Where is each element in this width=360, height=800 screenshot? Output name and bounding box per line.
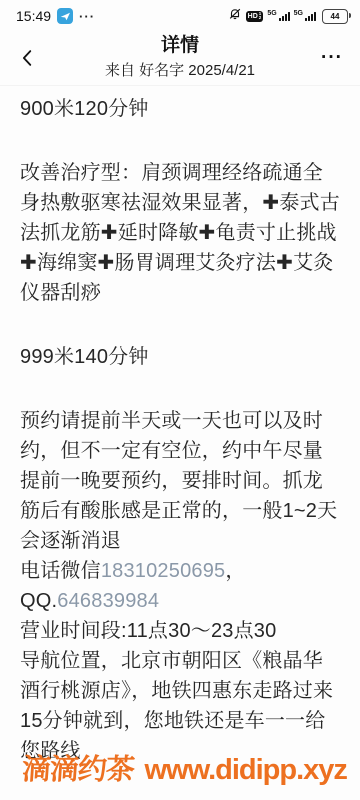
header: 详情 来自 好名字 2025/4/21 ··· [0, 30, 360, 86]
screen: 15:49 ··· HD 1 2 5G [0, 0, 360, 800]
header-titles: 详情 来自 好名字 2025/4/21 [46, 35, 314, 80]
contact-qq-line: QQ.646839984 [20, 586, 341, 616]
phone-number-link[interactable]: 18310250695 [101, 560, 226, 582]
treatment-paragraph: 改善治疗型：肩颈调理经络疏通全身热敷驱寒祛湿效果显著，✚泰式古法抓龙筋✚延时降敏… [20, 158, 341, 308]
mute-bell-icon [228, 7, 242, 26]
phone-label: 电话微信 [20, 560, 101, 582]
watermark-url: www.didipp.xyz [144, 754, 346, 786]
signal-5g-icon-sim1: 5G [267, 12, 289, 21]
contact-phone-line: 电话微信18310250695， [20, 556, 341, 586]
status-more-icon: ··· [79, 10, 95, 23]
telegram-notification-icon [57, 8, 73, 24]
status-bar-left: 15:49 ··· [16, 8, 95, 24]
more-menu-button[interactable]: ··· [314, 38, 350, 78]
back-button[interactable] [10, 38, 46, 78]
qq-number-link[interactable]: 646839984 [57, 590, 159, 612]
message-content: 900米120分钟 改善治疗型：肩颈调理经络疏通全身热敷驱寒祛湿效果显著，✚泰式… [0, 86, 360, 766]
price-line-1: 900米120分钟 [20, 94, 341, 124]
watermark: 滴滴约茶 www.didipp.xyz [22, 747, 347, 788]
status-bar: 15:49 ··· HD 1 2 5G [0, 0, 360, 30]
qq-label: QQ. [20, 590, 57, 612]
page-subtitle: 来自 好名字 2025/4/21 [105, 59, 255, 80]
page-title: 详情 [161, 35, 199, 58]
signal-5g-icon-sim2: 5G [294, 12, 316, 21]
battery-indicator: 44 [322, 9, 348, 24]
status-bar-right: HD 1 2 5G 5G 44 [228, 7, 348, 26]
phone-suffix: ， [225, 560, 245, 582]
booking-paragraph: 预约请提前半天或一天也可以及时约，但不一定有空位，约中午尽量提前一晚要预约，要排… [20, 406, 341, 556]
status-time: 15:49 [16, 8, 51, 24]
hours-line: 营业时间段:11点30～23点30 [20, 616, 341, 646]
watermark-brand: 滴滴约茶 [21, 747, 136, 788]
price-line-2: 999米140分钟 [20, 342, 341, 372]
hd-volte-icon: HD 1 2 [246, 11, 264, 22]
